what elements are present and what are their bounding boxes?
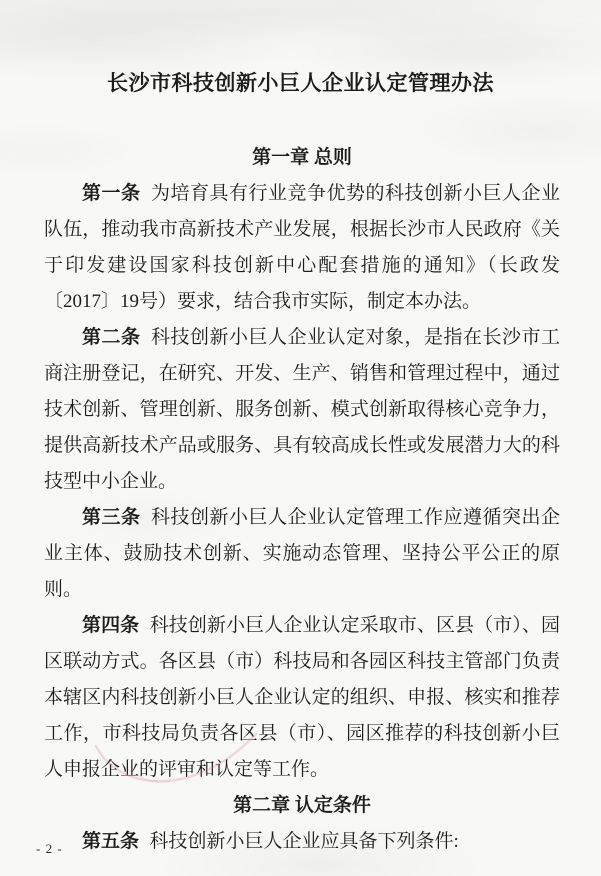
article-2-text: 科技创新小巨人企业认定对象，是指在长沙市工商注册登记，在研究、开发、生产、销售和…	[44, 327, 560, 492]
article-3-label: 第三条	[82, 507, 141, 528]
article-5-text: 科技创新小巨人企业应具备下列条件:	[149, 831, 458, 852]
document-body: 第一章 总则 第一条为培育具有行业竞争优势的科技创新小巨人企业队伍，推动我市高新…	[44, 140, 560, 860]
article-1: 第一条为培育具有行业竞争优势的科技创新小巨人企业队伍，推动我市高新技术产业发展，…	[44, 176, 560, 320]
article-4: 第四条科技创新小巨人企业认定采取市、区县（市）、园区联动方式。各区县（市）科技局…	[44, 608, 560, 788]
page-number: - 2 -	[36, 841, 63, 857]
article-2-label: 第二条	[82, 327, 141, 348]
chapter-heading-1: 第一章 总则	[44, 140, 560, 176]
article-1-label: 第一条	[82, 183, 141, 204]
article-2: 第二条科技创新小巨人企业认定对象，是指在长沙市工商注册登记，在研究、开发、生产、…	[44, 320, 560, 500]
document-title: 长沙市科技创新小巨人企业认定管理办法	[0, 66, 601, 100]
article-4-text: 科技创新小巨人企业认定采取市、区县（市）、园区联动方式。各区县（市）科技局和各园…	[44, 615, 560, 780]
article-4-label: 第四条	[82, 615, 139, 636]
article-5: 第五条科技创新小巨人企业应具备下列条件:	[44, 824, 560, 860]
chapter-heading-2: 第二章 认定条件	[44, 788, 560, 824]
article-3: 第三条科技创新小巨人企业认定管理工作应遵循突出企业主体、鼓励技术创新、实施动态管…	[44, 500, 560, 608]
article-5-label: 第五条	[82, 831, 139, 852]
document-page: 长沙市科技创新小巨人企业认定管理办法 第一章 总则 第一条为培育具有行业竞争优势…	[0, 0, 601, 876]
